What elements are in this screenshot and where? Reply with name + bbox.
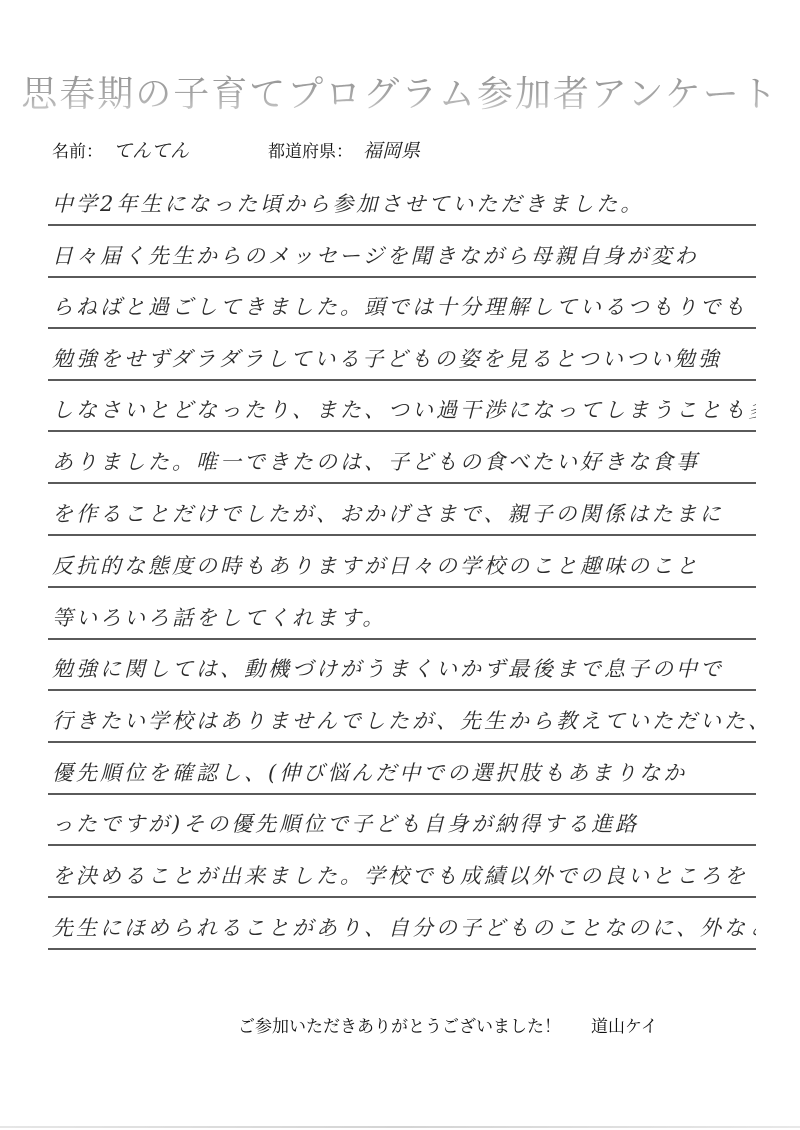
- prefecture-value: 福岡県: [363, 140, 420, 162]
- handwritten-text: しなさいとどなったり、また、つい過干渉になってしまうことも多々: [52, 394, 756, 424]
- handwritten-text: ったですが)その優先順位で子ども自身が納得する進路: [52, 808, 756, 838]
- handwritten-text: ありました。唯一できたのは、子どもの食べたい好きな食事: [52, 446, 756, 476]
- handwritten-text: 日々届く先生からのメッセージを聞きながら母親自身が変わ: [52, 240, 756, 270]
- survey-sheet: 思春期の子育てプログラム参加者アンケート 名前：てんてん 都道府県：福岡県 中学…: [0, 0, 800, 1130]
- ruled-line: 優先順位を確認し、(伸び悩んだ中での選択肢もあまりなか: [48, 743, 756, 795]
- ruled-line: を作ることだけでしたが、おかげさまで、親子の関係はたまに: [48, 484, 756, 536]
- handwritten-text: 先生にほめられることがあり、自分の子どものことなのに、外なところ: [52, 912, 756, 942]
- name-label: 名前：: [52, 142, 103, 162]
- handwritten-text: 行きたい学校はありませんでしたが、先生から教えていただいた、子供の: [52, 705, 756, 735]
- ruled-line: 中学2年生になった頃から参加させていただきました。: [48, 174, 756, 226]
- closing-message: ご参加いただきありがとうございました！道山ケイ: [238, 1012, 658, 1037]
- ruled-line: 反抗的な態度の時もありますが日々の学校のこと趣味のこと: [48, 536, 756, 588]
- handwritten-text: 反抗的な態度の時もありますが日々の学校のこと趣味のこと: [52, 550, 756, 580]
- ruled-line: 勉強に関しては、動機づけがうまくいかず最後まで息子の中で: [48, 639, 756, 691]
- name-field: 名前：てんてん: [52, 136, 189, 163]
- handwritten-text: 中学2年生になった頃から参加させていただきました。: [52, 188, 756, 218]
- prefecture-label: 都道府県：: [268, 142, 353, 162]
- handwritten-text: 勉強をせずダラダラしている子どもの姿を見るとついつい勉強: [52, 343, 756, 373]
- ruled-line: ったですが)その優先順位で子ども自身が納得する進路: [48, 794, 756, 846]
- name-value: てんてん: [113, 140, 189, 162]
- ruled-line: 勉強をせずダラダラしている子どもの姿を見るとついつい勉強: [48, 329, 756, 381]
- survey-title: 思春期の子育てプログラム参加者アンケート: [0, 66, 800, 117]
- handwritten-text: 勉強に関しては、動機づけがうまくいかず最後まで息子の中で: [52, 653, 756, 683]
- thanks-text: ご参加いただきありがとうございました！: [238, 1017, 561, 1037]
- scan-edge-divider: [0, 1126, 800, 1128]
- ruled-line: 等いろいろ話をしてくれます。: [48, 588, 756, 640]
- ruled-line: らねばと過ごしてきました。頭では十分理解しているつもりでも: [48, 277, 756, 329]
- handwritten-text: 優先順位を確認し、(伸び悩んだ中での選択肢もあまりなか: [52, 757, 756, 787]
- signature: 道山ケイ: [591, 1017, 658, 1037]
- ruled-line: 行きたい学校はありませんでしたが、先生から教えていただいた、子供の: [48, 691, 756, 743]
- ruled-line: を決めることが出来ました。学校でも成績以外での良いところを: [48, 846, 756, 898]
- ruled-line: 日々届く先生からのメッセージを聞きながら母親自身が変わ: [48, 226, 756, 278]
- handwritten-text: らねばと過ごしてきました。頭では十分理解しているつもりでも: [52, 291, 756, 321]
- handwritten-text: 等いろいろ話をしてくれます。: [52, 602, 756, 632]
- prefecture-field: 都道府県：福岡県: [268, 136, 420, 163]
- handwritten-text: を作ることだけでしたが、おかげさまで、親子の関係はたまに: [52, 498, 756, 528]
- ruled-line: 先生にほめられることがあり、自分の子どものことなのに、外なところ: [48, 898, 756, 950]
- ruled-line: しなさいとどなったり、また、つい過干渉になってしまうことも多々: [48, 380, 756, 432]
- handwritten-text: を決めることが出来ました。学校でも成績以外での良いところを: [52, 860, 756, 890]
- ruled-line: ありました。唯一できたのは、子どもの食べたい好きな食事: [48, 432, 756, 484]
